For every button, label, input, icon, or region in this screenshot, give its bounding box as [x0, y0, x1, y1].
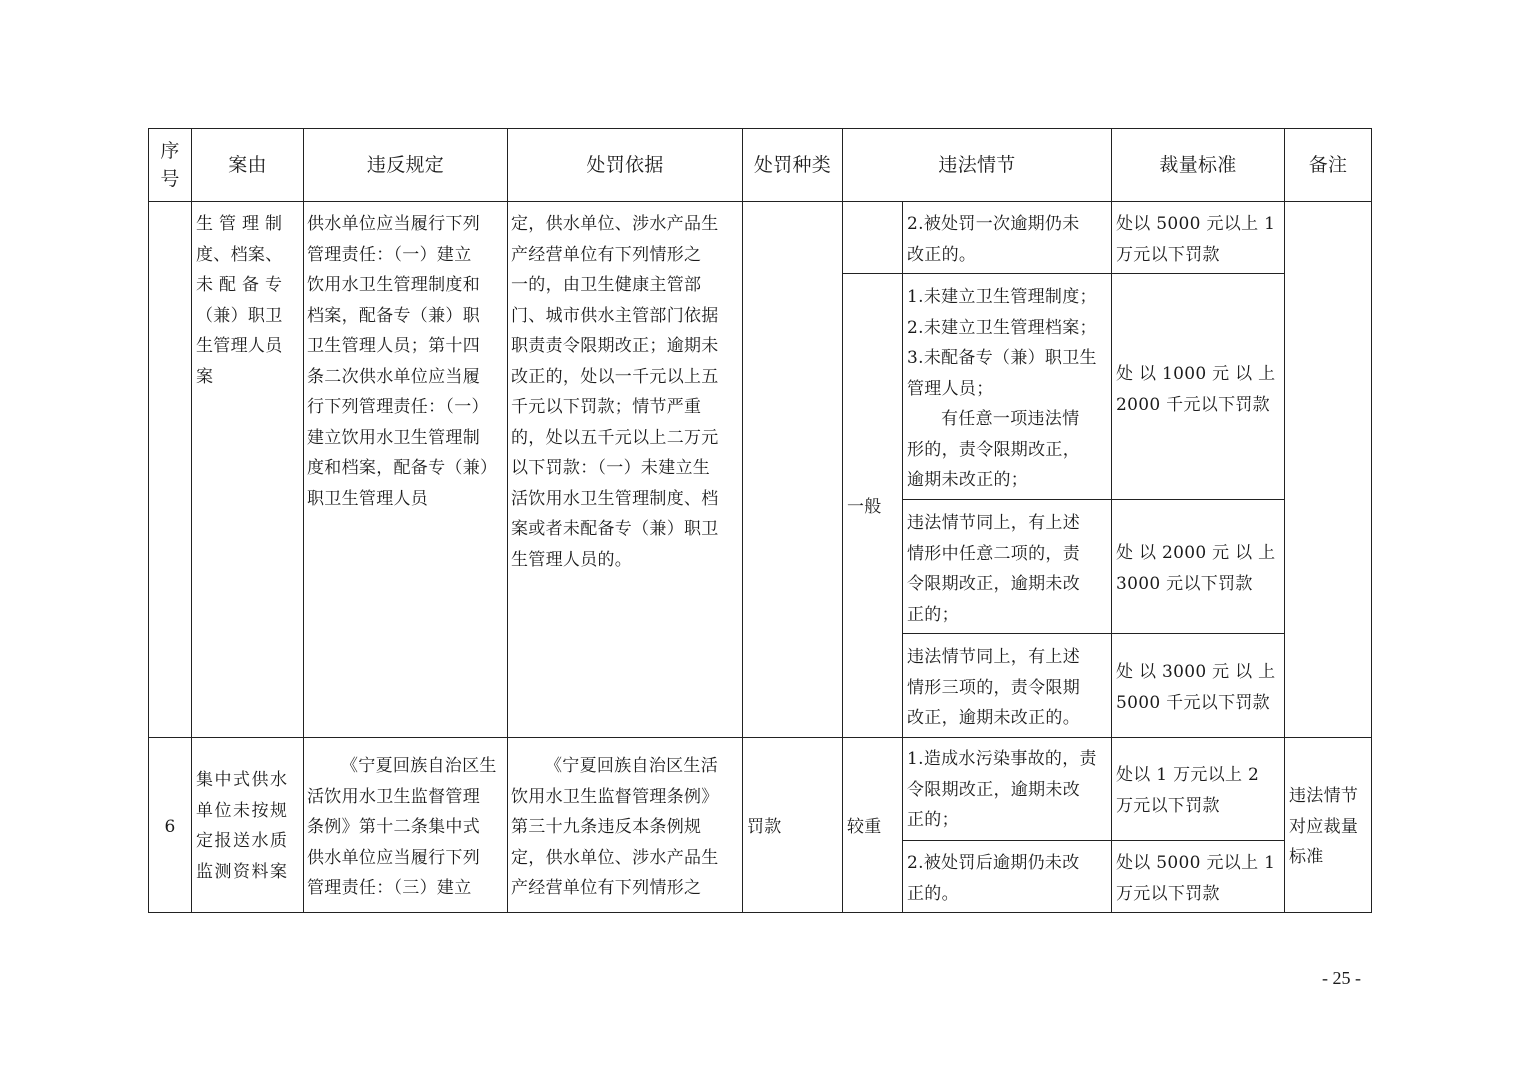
header-circumstance: 违法情节 [843, 129, 1111, 201]
circumstance-line: 正的； [907, 805, 1107, 836]
circumstance-cell: 1.未建立卫生管理制度； 2.未建立卫生管理档案； 3.未配备专（兼）职卫生 管… [903, 282, 1111, 496]
violation-line: 活饮用水卫生监督管理 [307, 782, 504, 813]
basis-line: 生管理人员的。 [511, 545, 739, 576]
standard-line: 5000 千元以下罚款 [1116, 688, 1280, 719]
violation-line: 条二次供水单位应当履 [307, 362, 504, 393]
circumstance-line: 违法情节同上，有上述 [907, 508, 1107, 539]
col-divider [742, 128, 743, 913]
circumstance-cell: 2.被处罚后逾期仍未改 正的。 [903, 848, 1111, 909]
page-number: - 25 - [1322, 968, 1361, 989]
serial-cell: 6 [149, 812, 191, 843]
standard-line: 万元以下罚款 [1116, 240, 1280, 271]
circumstance-cell: 1.造成水污染事故的，责 令限期改正，逾期未改 正的； [903, 744, 1111, 836]
subrow-divider [842, 273, 1284, 274]
circumstance-line: 改正，逾期未改正的。 [907, 703, 1107, 734]
circumstance-line: 正的。 [907, 879, 1107, 910]
standard-line: 处 以 2000 元 以 上 [1116, 538, 1280, 569]
basis-line: 产经营单位有下列情形之 [511, 873, 739, 904]
case-line: 单位未按规 [196, 796, 299, 827]
standard-cell: 处以 1 万元以上 2 万元以下罚款 [1112, 760, 1284, 821]
violation-line: 卫生管理人员；第十四 [307, 331, 504, 362]
circumstance-line: 改正的。 [907, 240, 1107, 271]
violation-line: 供水单位应当履行下列 [307, 843, 504, 874]
violation-line: 行下列管理责任：（一） [307, 392, 504, 423]
header-divider [148, 201, 1372, 202]
circumstance-line: 令限期改正，逾期未改 [907, 775, 1107, 806]
basis-line: 定，供水单位、涉水产品生 [511, 843, 739, 874]
remark-line: 违法情节 [1289, 781, 1367, 812]
violation-line: 饮用水卫生管理制度和 [307, 270, 504, 301]
remark-line: 对应裁量 [1289, 812, 1367, 843]
circumstance-cell: 2.被处罚一次逾期仍未 改正的。 [903, 209, 1111, 270]
standard-cell: 处以 5000 元以上 1 万元以下罚款 [1112, 209, 1284, 270]
header-violation: 违反规定 [304, 129, 507, 201]
table-border-right [1371, 128, 1372, 913]
circumstance-line: 正的； [907, 600, 1107, 631]
standard-cell: 处以 5000 元以上 1 万元以下罚款 [1112, 848, 1284, 909]
circumstance-line: 违法情节同上，有上述 [907, 642, 1107, 673]
circumstance-line: 2.被处罚一次逾期仍未 [907, 209, 1107, 240]
circumstance-cell: 违法情节同上，有上述 情形中任意二项的，责 令限期改正，逾期未改 正的； [903, 508, 1111, 630]
case-line: 未 配 备 专 [196, 270, 299, 301]
circumstance-line: 2.未建立卫生管理档案； [907, 313, 1107, 344]
circumstance-line: 管理人员； [907, 374, 1107, 405]
basis-cell: 《宁夏回族自治区生活 饮用水卫生监督管理条例》 第三十九条违反本条例规 定，供水… [508, 751, 742, 904]
case-line: （兼）职卫 [196, 301, 299, 332]
standard-cell: 处 以 1000 元 以 上 2000 千元以下罚款 [1112, 359, 1284, 420]
standard-line: 处以 5000 元以上 1 [1116, 848, 1280, 879]
header-serial-line: 号 [160, 165, 179, 193]
circumstance-line: 3.未配备专（兼）职卫生 [907, 343, 1107, 374]
subrow-divider [902, 840, 1284, 841]
header-penalty-type: 处罚种类 [743, 129, 842, 201]
basis-line: 定，供水单位、涉水产品生 [511, 209, 739, 240]
case-line: 生管理人员 [196, 331, 299, 362]
header-remark: 备注 [1285, 129, 1371, 201]
circumstance-line: 令限期改正，逾期未改 [907, 569, 1107, 600]
remark-cell: 违法情节 对应裁量 标准 [1285, 781, 1371, 873]
basis-line: 饮用水卫生监督管理条例》 [511, 782, 739, 813]
standard-line: 处 以 3000 元 以 上 [1116, 657, 1280, 688]
basis-line: 门、城市供水主管部门依据 [511, 301, 739, 332]
subrow-divider [902, 633, 1284, 634]
standard-cell: 处 以 2000 元 以 上 3000 元以下罚款 [1112, 538, 1284, 599]
case-cell: 生 管 理 制 度、档案、 未 配 备 专 （兼）职卫 生管理人员 案 [192, 209, 303, 392]
severity-cell: 一般 [843, 492, 902, 523]
basis-line: 以下罚款：（一）未建立生 [511, 453, 739, 484]
violation-line: 条例》第十二条集中式 [307, 812, 504, 843]
row-divider [148, 737, 1372, 738]
violation-line: 《宁夏回族自治区生 [307, 751, 504, 782]
violation-line: 职卫生管理人员 [307, 484, 504, 515]
circumstance-line: 情形三项的，责令限期 [907, 673, 1107, 704]
violation-line: 建立饮用水卫生管理制 [307, 423, 504, 454]
standard-line: 万元以下罚款 [1116, 791, 1280, 822]
case-line: 定报送水质 [196, 826, 299, 857]
penalty-type-cell: 罚款 [743, 812, 842, 843]
violation-line: 度和档案，配备专（兼） [307, 453, 504, 484]
subrow-divider [902, 499, 1284, 500]
header-serial: 序 号 [149, 129, 191, 201]
basis-line: 的，处以五千元以上二万元 [511, 423, 739, 454]
basis-line: 产经营单位有下列情形之 [511, 240, 739, 271]
violation-cell: 供水单位应当履行下列 管理责任：（一）建立 饮用水卫生管理制度和 档案，配备专（… [304, 209, 507, 514]
circumstance-line: 形的，责令限期改正， [907, 435, 1107, 466]
standard-line: 万元以下罚款 [1116, 879, 1280, 910]
standard-line: 2000 千元以下罚款 [1116, 390, 1280, 421]
standard-cell: 处 以 3000 元 以 上 5000 千元以下罚款 [1112, 657, 1284, 718]
case-line: 案 [196, 362, 299, 393]
circumstance-line: 有任意一项违法情 [907, 404, 1107, 435]
case-line: 生 管 理 制 [196, 209, 299, 240]
basis-line: 千元以下罚款；情节严重 [511, 392, 739, 423]
case-line: 集中式供水 [196, 765, 299, 796]
header-basis: 处罚依据 [508, 129, 742, 201]
violation-line: 管理责任：（一）建立 [307, 240, 504, 271]
basis-line: 《宁夏回族自治区生活 [511, 751, 739, 782]
violation-line: 档案，配备专（兼）职 [307, 301, 504, 332]
standard-line: 处 以 1000 元 以 上 [1116, 359, 1280, 390]
header-standard: 裁量标准 [1112, 129, 1284, 201]
circumstance-line: 1.未建立卫生管理制度； [907, 282, 1107, 313]
basis-line: 案或者未配备专（兼）职卫 [511, 514, 739, 545]
circumstance-cell: 违法情节同上，有上述 情形三项的，责令限期 改正，逾期未改正的。 [903, 642, 1111, 734]
remark-line: 标准 [1289, 842, 1367, 873]
case-cell: 集中式供水 单位未按规 定报送水质 监测资料案 [192, 765, 303, 887]
standard-line: 3000 元以下罚款 [1116, 569, 1280, 600]
case-line: 监测资料案 [196, 857, 299, 888]
header-case: 案由 [192, 129, 303, 201]
header-serial-line: 序 [160, 137, 179, 165]
basis-line: 第三十九条违反本条例规 [511, 812, 739, 843]
circumstance-line: 逾期未改正的； [907, 465, 1107, 496]
basis-line: 活饮用水卫生管理制度、档 [511, 484, 739, 515]
circumstance-line: 情形中任意二项的，责 [907, 539, 1107, 570]
circumstance-line: 2.被处罚后逾期仍未改 [907, 848, 1107, 879]
standard-line: 处以 5000 元以上 1 [1116, 209, 1280, 240]
table-border-left [148, 128, 149, 913]
basis-line: 改正的，处以一千元以上五 [511, 362, 739, 393]
circumstance-line: 1.造成水污染事故的，责 [907, 744, 1107, 775]
basis-line: 职责责令限期改正；逾期未 [511, 331, 739, 362]
violation-cell: 《宁夏回族自治区生 活饮用水卫生监督管理 条例》第十二条集中式 供水单位应当履行… [304, 751, 507, 904]
document-page: 序 号 案由 违反规定 处罚依据 处罚种类 违法情节 裁量标准 备注 生 管 理… [0, 0, 1520, 1074]
basis-cell: 定，供水单位、涉水产品生 产经营单位有下列情形之 一的，由卫生健康主管部 门、城… [508, 209, 742, 575]
violation-line: 管理责任：（三）建立 [307, 873, 504, 904]
severity-cell: 较重 [843, 812, 902, 843]
standard-line: 处以 1 万元以上 2 [1116, 760, 1280, 791]
case-line: 度、档案、 [196, 240, 299, 271]
basis-line: 一的，由卫生健康主管部 [511, 270, 739, 301]
violation-line: 供水单位应当履行下列 [307, 209, 504, 240]
table-border-bottom [148, 912, 1372, 913]
